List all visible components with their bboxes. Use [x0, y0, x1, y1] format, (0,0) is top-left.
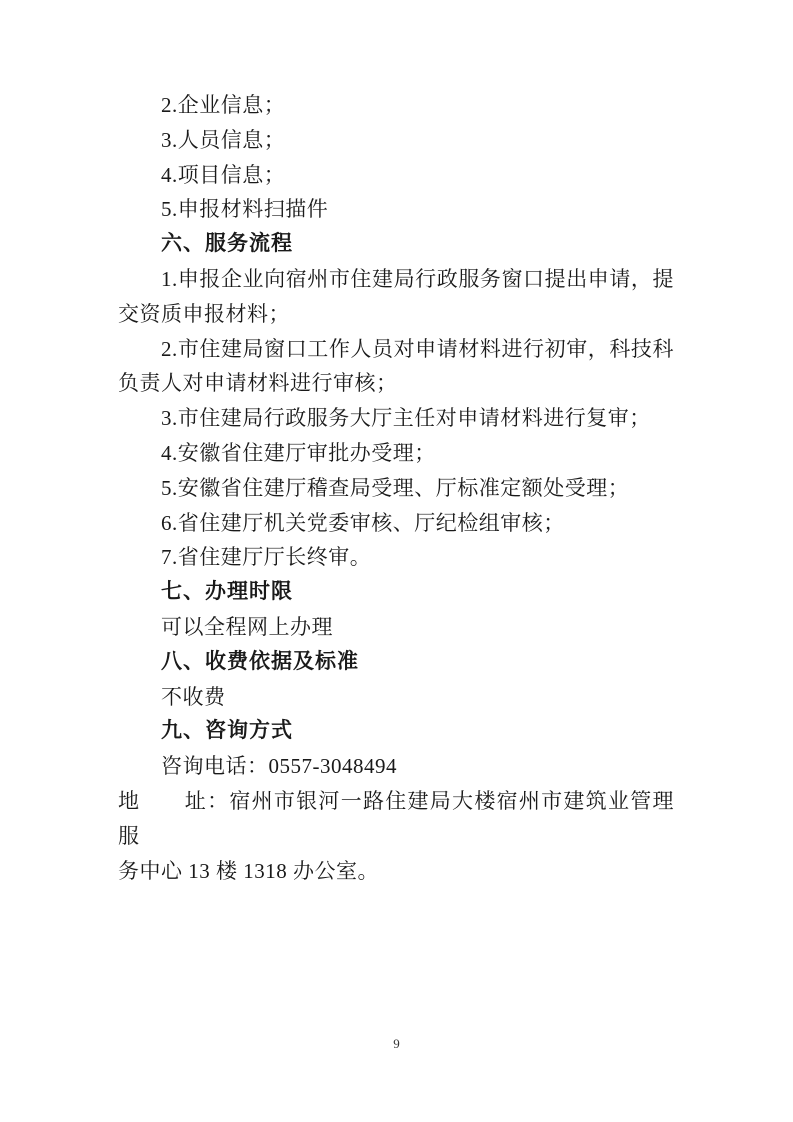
contact-address-line: 地 址：宿州市银河一路住建局大楼宿州市建筑业管理服: [118, 784, 674, 854]
contact-phone-line: 咨询电话：0557-3048494: [118, 749, 674, 784]
section-heading-service-process: 六、服务流程: [118, 227, 674, 262]
paragraph-line: 交资质申报材料；: [118, 297, 674, 332]
paragraph-line: 可以全程网上办理: [118, 610, 674, 645]
page-number: 9: [0, 1036, 793, 1052]
list-item: 7.省住建厅厅长终审。: [118, 540, 674, 575]
document-page: 2.企业信息； 3.人员信息； 4.项目信息； 5.申报材料扫描件 六、服务流程…: [0, 0, 793, 1122]
list-item: 5.安徽省住建厅稽查局受理、厅标准定额处受理；: [118, 471, 674, 506]
paragraph-line: 负责人对申请材料进行审核；: [118, 366, 674, 401]
list-item: 4.安徽省住建厅审批办受理；: [118, 436, 674, 471]
list-item: 6.省住建厅机关党委审核、厅纪检组审核；: [118, 506, 674, 541]
list-item: 2.企业信息；: [118, 88, 674, 123]
list-item: 5.申报材料扫描件: [118, 192, 674, 227]
paragraph-line: 1.申报企业向宿州市住建局行政服务窗口提出申请，提: [118, 262, 674, 297]
paragraph-line: 2.市住建局窗口工作人员对申请材料进行初审，科技科: [118, 332, 674, 367]
list-item: 3.人员信息；: [118, 123, 674, 158]
section-heading-fees: 八、收费依据及标准: [118, 645, 674, 680]
paragraph-line: 不收费: [118, 680, 674, 715]
contact-address-line: 务中心 13 楼 1318 办公室。: [118, 854, 674, 889]
section-heading-contact: 九、咨询方式: [118, 714, 674, 749]
list-item: 4.项目信息；: [118, 158, 674, 193]
section-heading-time-limit: 七、办理时限: [118, 575, 674, 610]
list-item: 3.市住建局行政服务大厅主任对申请材料进行复审；: [118, 401, 674, 436]
document-body: 2.企业信息； 3.人员信息； 4.项目信息； 5.申报材料扫描件 六、服务流程…: [118, 88, 674, 888]
